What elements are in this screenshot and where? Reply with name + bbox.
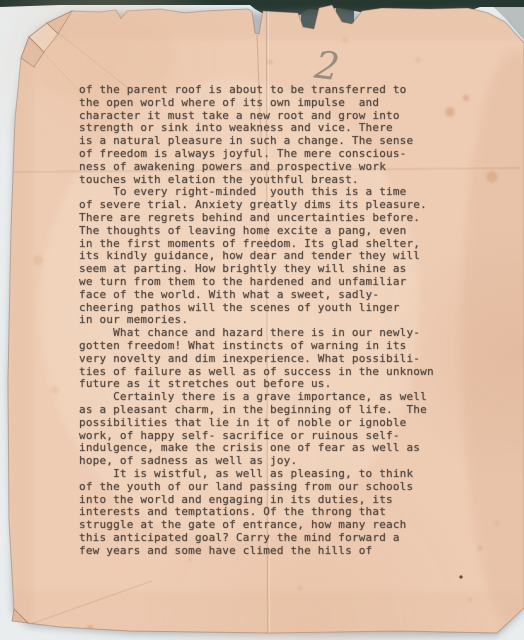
typed-text-block: of the parent roof is about to be transf… — [79, 84, 499, 557]
ink-speck — [459, 575, 462, 578]
scanned-page: { "page": { "number_annotation": "2", "l… — [0, 0, 524, 640]
